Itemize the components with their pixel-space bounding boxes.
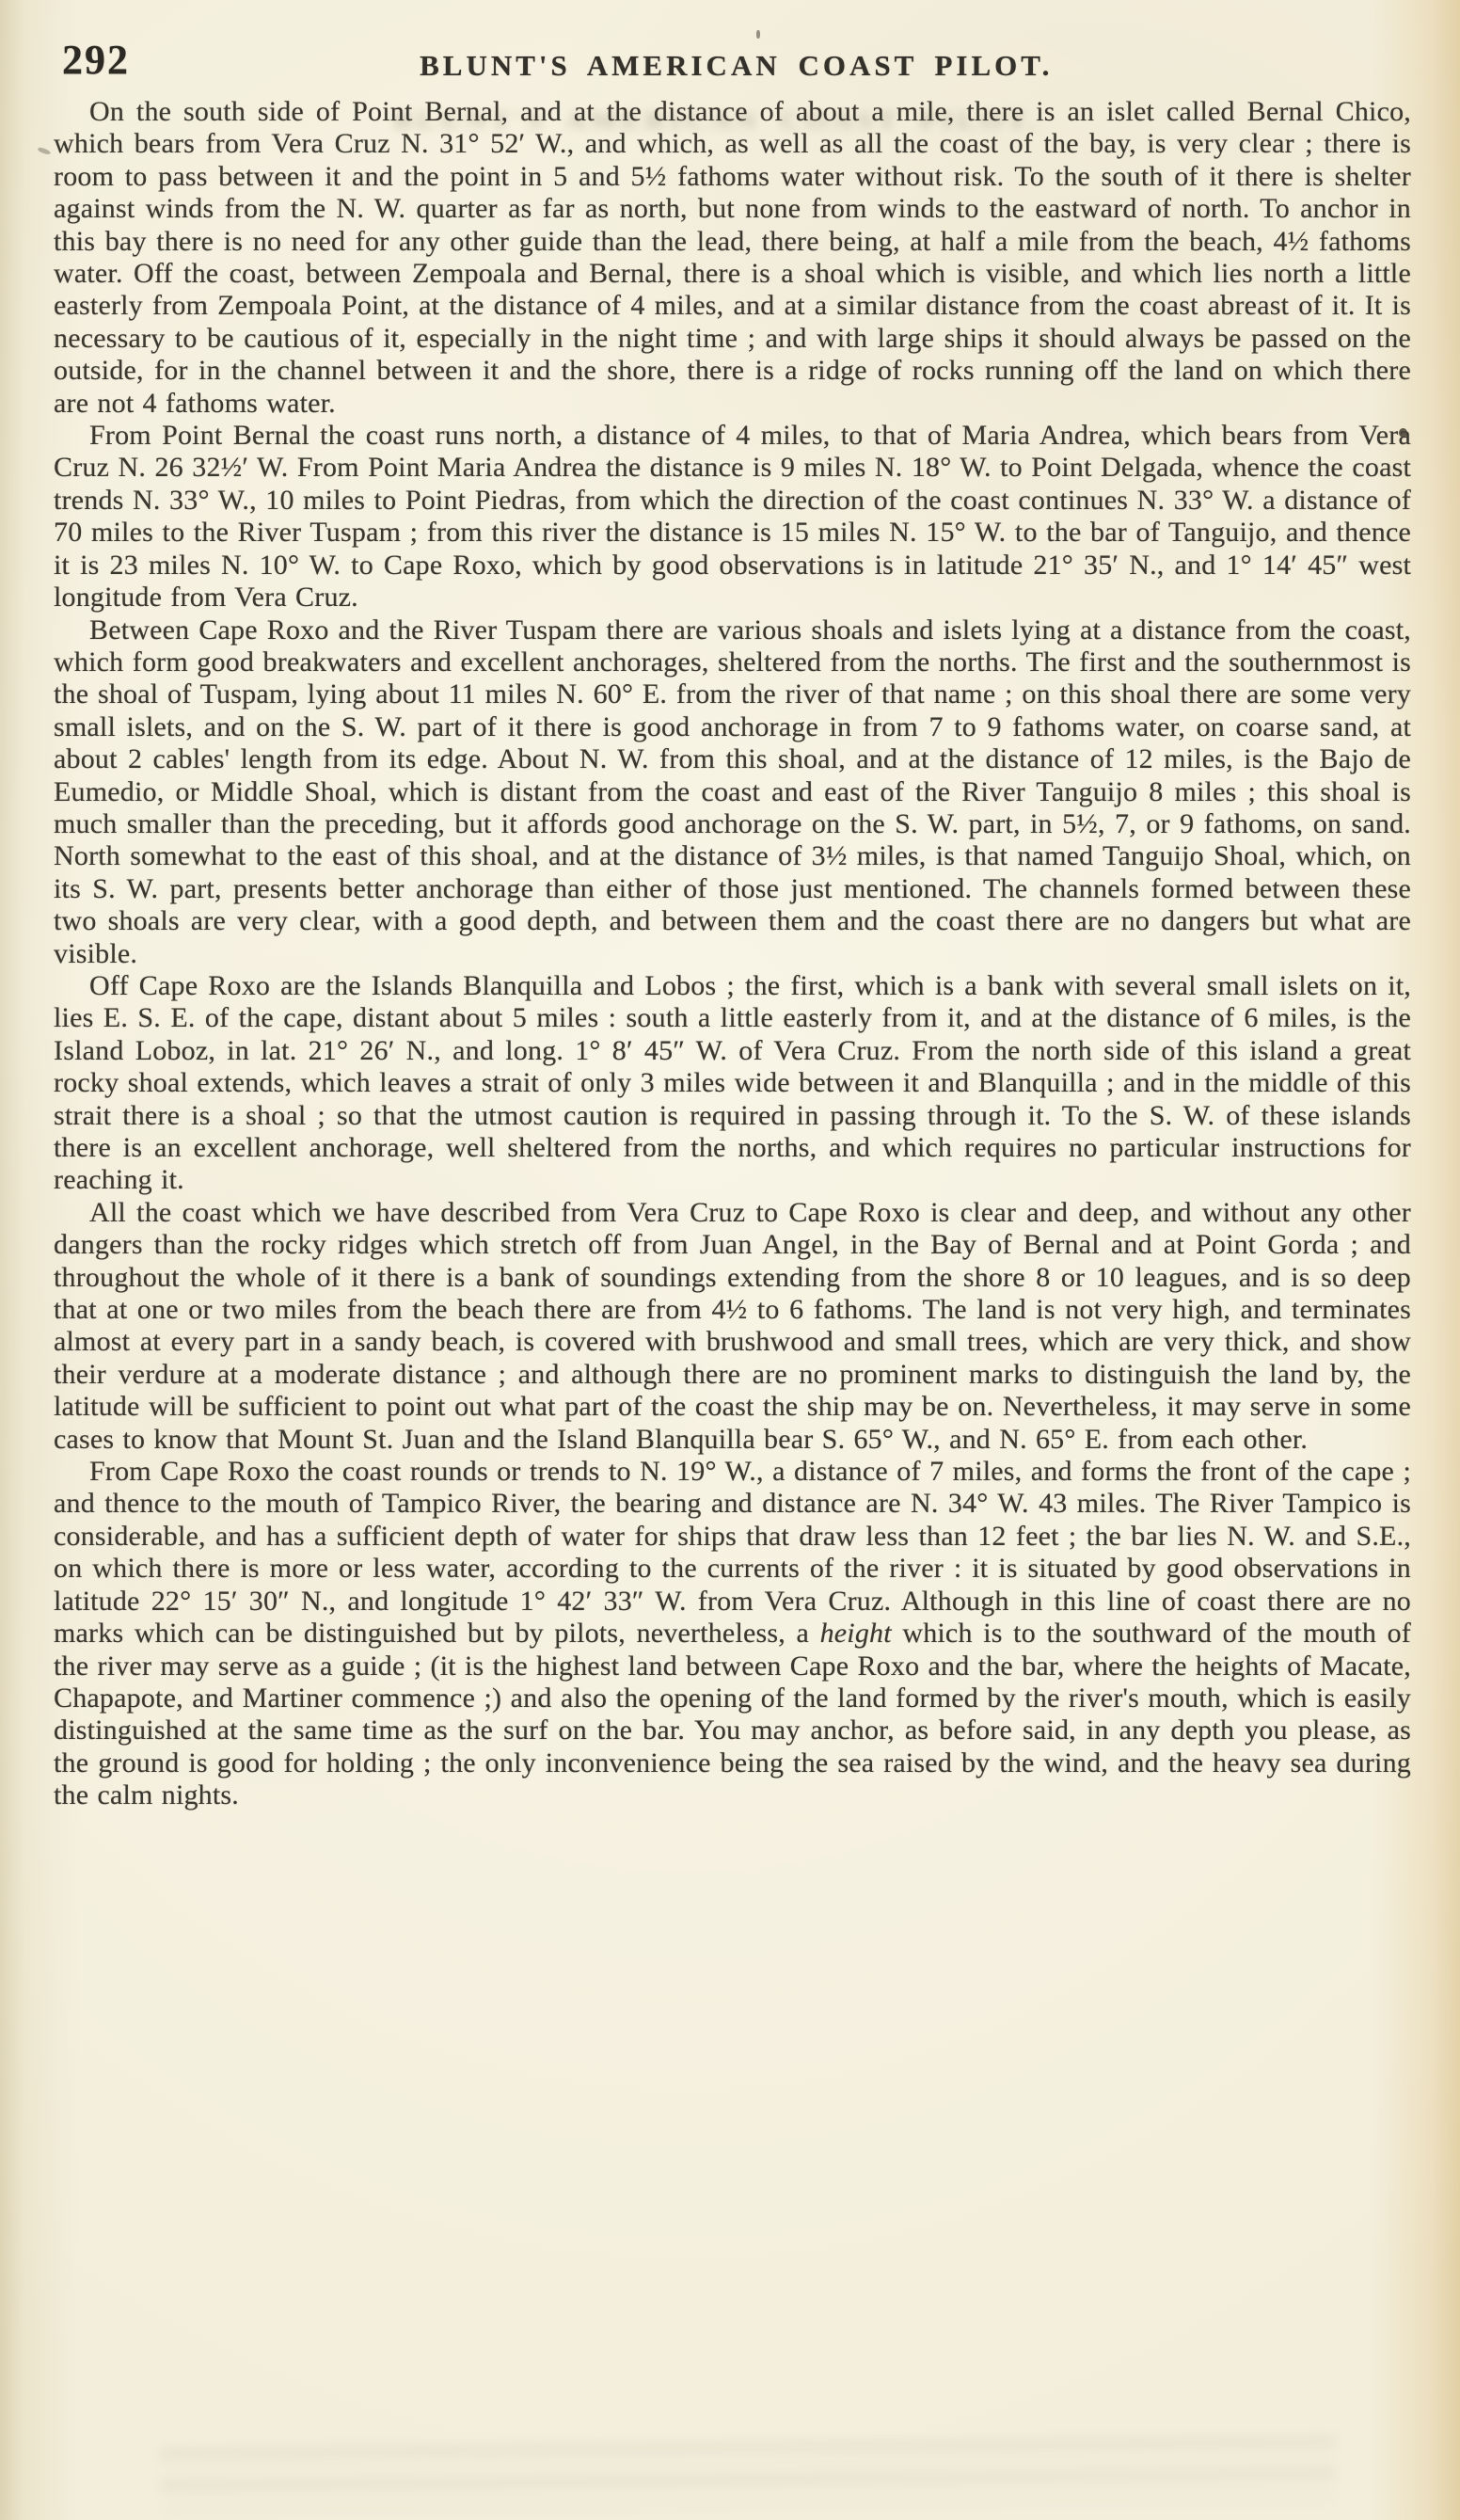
paragraph-text: Off Cape Roxo are the Islands Blanquilla… — [54, 970, 1411, 1195]
paragraph: From Point Bernal the coast runs north, … — [54, 420, 1411, 614]
scanned-book-page: 292 BLUNT'S AMERICAN COAST PILOT. BLUNT'… — [0, 0, 1460, 2520]
paragraph: On the south side of Point Bernal, and a… — [54, 96, 1411, 420]
paragraph-text: From Point Bernal the coast runs north, … — [54, 420, 1411, 613]
paragraph-text: On the south side of Point Bernal, and a… — [54, 96, 1411, 419]
page-number: 292 — [62, 36, 130, 84]
paragraph: Between Cape Roxo and the River Tuspam t… — [54, 614, 1411, 970]
paragraph: All the coast which we have described fr… — [54, 1197, 1411, 1456]
running-header-title: BLUNT'S AMERICAN COAST PILOT. — [420, 49, 1053, 83]
paragraph: From Cape Roxo the coast rounds or trend… — [54, 1456, 1411, 1811]
ink-speck — [756, 30, 760, 39]
ink-speck — [1399, 428, 1407, 438]
ink-speck — [38, 147, 52, 155]
paragraph: Off Cape Roxo are the Islands Blanquilla… — [54, 970, 1411, 1197]
page-showthrough-smudge — [160, 2435, 1337, 2513]
italic-term: height — [820, 1618, 892, 1649]
paragraph-text: Between Cape Roxo and the River Tuspam t… — [54, 614, 1411, 969]
paragraph-text: All the coast which we have described fr… — [54, 1197, 1411, 1455]
body-paragraphs: On the south side of Point Bernal, and a… — [54, 96, 1411, 1812]
